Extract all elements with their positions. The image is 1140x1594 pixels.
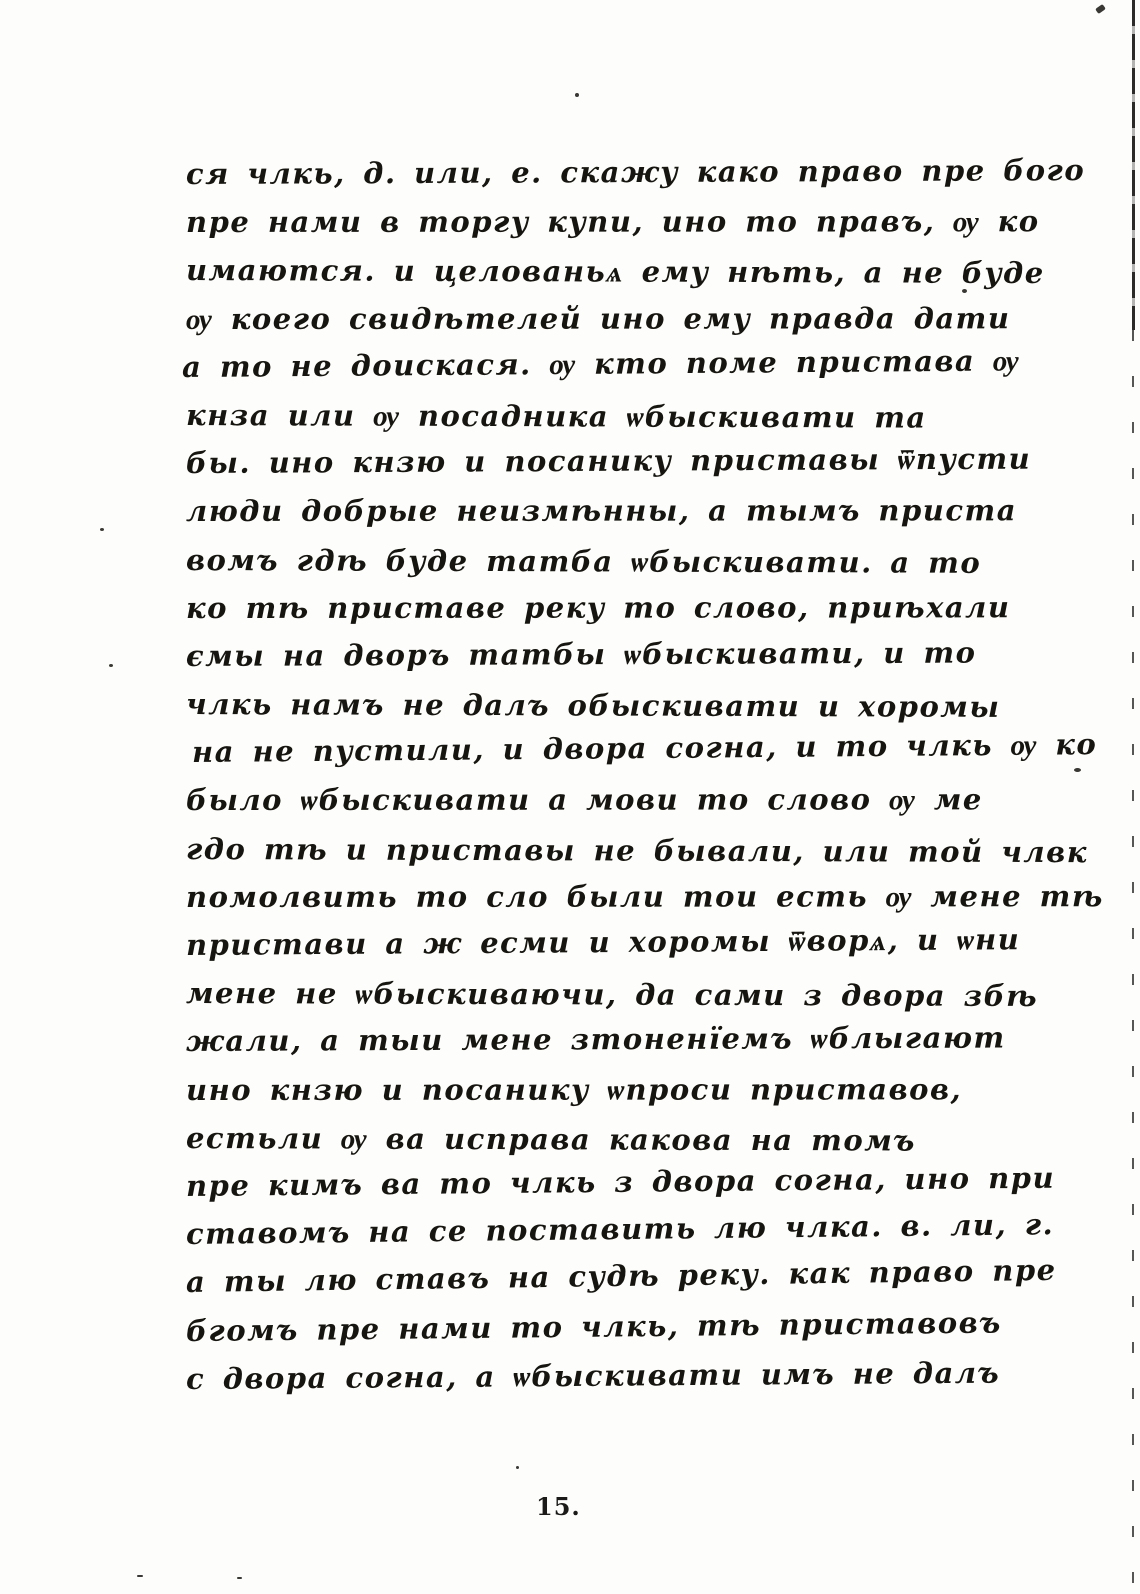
manuscript-line: ємы на дворъ татбы ѡбыскивати, и то bbox=[186, 628, 966, 680]
manuscript-line: ино кнзю и посанику ѡпроси приставов, bbox=[186, 1065, 966, 1114]
manuscript-line: бгомъ пре нами то члкь, тѣ приставовъ bbox=[186, 1298, 966, 1354]
page-binding-edge-bottom bbox=[1132, 330, 1134, 1594]
manuscript-line: пристави а ж есми и хоромы ѿворѧ, и ѡни bbox=[186, 916, 966, 970]
manuscript-line: ѹ коего свидѣтелей ино ему правда дати bbox=[186, 294, 966, 343]
ink-speck bbox=[100, 528, 104, 531]
ink-speck bbox=[137, 1575, 143, 1577]
manuscript-line: а ты лю ставъ на судѣ реку. как право пр… bbox=[186, 1247, 967, 1306]
manuscript-line: пре нами в торгу купи, ино то правъ, ѹ к… bbox=[186, 198, 966, 247]
manuscript-line: помолвить то сло были тои есть ѹ мене тѣ bbox=[186, 872, 966, 921]
manuscript-line: вомъ гдѣ буде татба ѡбыскивати. а то bbox=[186, 536, 966, 587]
manuscript-page: ся члкь, д. или, е. скажу како право пре… bbox=[0, 0, 1140, 1594]
page-number: 15. bbox=[536, 1492, 581, 1521]
ink-speck bbox=[962, 289, 967, 293]
page-binding-edge-top bbox=[1132, 0, 1135, 330]
ink-speck bbox=[1095, 4, 1106, 14]
manuscript-line: люди добрые неизмѣнны, а тымъ приста bbox=[186, 487, 966, 536]
ink-speck bbox=[237, 1577, 242, 1579]
manuscript-line: кнза или ѹ посадника ѡбыскивати та bbox=[186, 391, 966, 442]
ink-speck bbox=[109, 664, 113, 667]
ink-speck bbox=[575, 93, 579, 97]
manuscript-line: было ѡбыскивати а мови то слово ѹ ме bbox=[186, 776, 966, 825]
manuscript-line: ся члкь, д. или, е. скажу како право пре… bbox=[186, 147, 966, 199]
manuscript-line: гдо тѣ и приставы не бывали, или той члв… bbox=[186, 825, 966, 876]
manuscript-line: бы. ино кнзю и посанику приставы ѿпусти bbox=[186, 435, 966, 487]
manuscript-line: а то не доискася. ѹ кто поме пристава ѹ bbox=[182, 337, 966, 391]
ink-speck bbox=[1074, 768, 1081, 772]
manuscript-line: жали, а тыи мене зтоненїемъ ѡблыгают bbox=[186, 1014, 966, 1066]
manuscript-line: имаются. и целованьѧ ему нѣть, а не буде bbox=[186, 246, 966, 297]
manuscript-line: мене не ѡбыскиваючи, да сами з двора збѣ bbox=[186, 969, 966, 1020]
ink-speck bbox=[516, 1466, 519, 1469]
manuscript-line: ко тѣ приставе реку то слово, приѣхали bbox=[186, 583, 966, 632]
manuscript-line: на не пустили, и двора согна, и то члкь … bbox=[192, 721, 966, 776]
manuscript-text-block: ся члкь, д. или, е. скажу како право пре… bbox=[186, 150, 966, 1403]
manuscript-line: с двора согна, а ѡбыскивати имъ не далъ bbox=[186, 1349, 966, 1403]
